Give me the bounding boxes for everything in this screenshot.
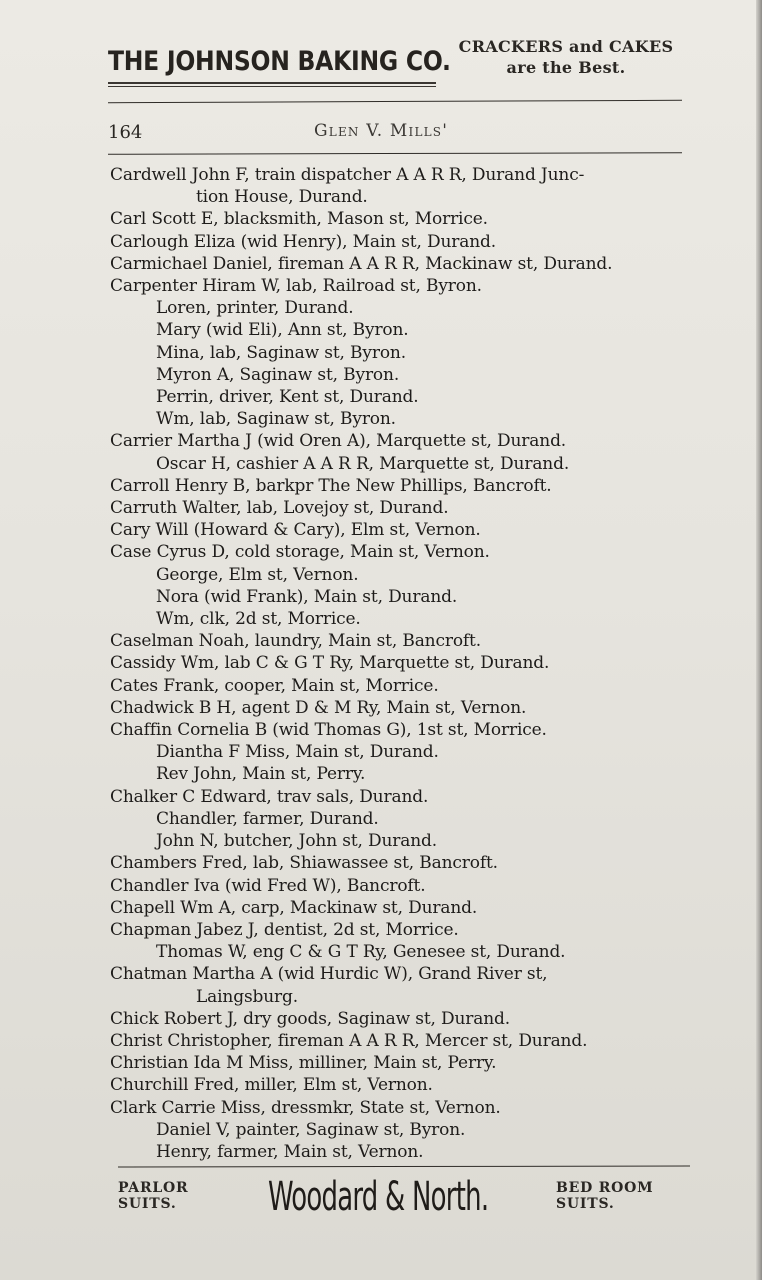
header-rule-top (108, 100, 682, 104)
directory-entry: Chandler Iva (wid Fred W), Bancroft. (110, 875, 710, 897)
entry-text: Wm, clk, 2d st, Morrice. (156, 609, 361, 629)
entry-text: Chapman Jabez J, dentist, 2d st, Morrice… (110, 920, 459, 940)
directory-entry: Chapell Wm A, carp, Mackinaw st, Durand. (110, 897, 710, 919)
entry-text: Cardwell John F, train dispatcher A A R … (110, 165, 584, 185)
entry-text: Cary Will (Howard & Cary), Elm st, Verno… (110, 520, 481, 540)
ad-slogan-line-2: are the Best. (446, 57, 686, 78)
directory-sub-entry: John N, butcher, John st, Durand. (110, 830, 710, 852)
entry-text: Chadwick B H, agent D & M Ry, Main st, V… (110, 698, 526, 718)
directory-entry: Carl Scott E, blacksmith, Mason st, Morr… (110, 208, 710, 230)
entry-text: Chandler, farmer, Durand. (156, 809, 379, 829)
directory-sub-entry: George, Elm st, Vernon. (110, 564, 710, 586)
entry-text: Chapell Wm A, carp, Mackinaw st, Durand. (110, 898, 477, 918)
ad-brand-johnson-baking: THE JOHNSON BAKING CO. (108, 46, 451, 77)
directory-sub-entry: Daniel V, painter, Saginaw st, Byron. (110, 1119, 710, 1141)
directory-entry: Carlough Eliza (wid Henry), Main st, Dur… (110, 231, 710, 253)
entry-text: Nora (wid Frank), Main st, Durand. (156, 587, 457, 607)
footer-rule (118, 1166, 690, 1168)
directory-entry: Clark Carrie Miss, dressmkr, State st, V… (110, 1097, 710, 1119)
entry-text: Perrin, driver, Kent st, Durand. (156, 387, 419, 407)
directory-entry: Cates Frank, cooper, Main st, Morrice. (110, 675, 710, 697)
directory-entry: Churchill Fred, miller, Elm st, Vernon. (110, 1074, 710, 1096)
directory-sub-entry: Henry, farmer, Main st, Vernon. (110, 1141, 710, 1163)
entry-text: Chandler Iva (wid Fred W), Bancroft. (110, 876, 425, 896)
ad-parlor-suits: PARLOR SUITS. (118, 1180, 188, 1212)
directory-entry: Chapman Jabez J, dentist, 2d st, Morrice… (110, 919, 710, 941)
directory-entry: Cary Will (Howard & Cary), Elm st, Verno… (110, 519, 710, 541)
header-rule-bottom (108, 152, 682, 155)
entry-text: Diantha F Miss, Main st, Durand. (156, 742, 439, 762)
directory-entry: Chaffin Cornelia B (wid Thomas G), 1st s… (110, 719, 710, 741)
page-edge (756, 0, 762, 1280)
directory-entries: Cardwell John F, train dispatcher A A R … (110, 164, 710, 1163)
directory-sub-entry: Loren, printer, Durand. (110, 297, 710, 319)
entry-text: Oscar H, cashier A A R R, Marquette st, … (156, 454, 569, 474)
directory-entry: Caselman Noah, laundry, Main st, Bancrof… (110, 630, 710, 652)
entry-text: Thomas W, eng C & G T Ry, Genesee st, Du… (156, 942, 565, 962)
entry-text: Wm, lab, Saginaw st, Byron. (156, 409, 396, 429)
running-head: 164 Glen V. Mills' (108, 118, 688, 146)
directory-sub-entry: Mary (wid Eli), Ann st, Byron. (110, 319, 710, 341)
entry-text: Chambers Fred, lab, Shiawassee st, Bancr… (110, 853, 498, 873)
page-number: 164 (108, 122, 142, 143)
entry-text: Chatman Martha A (wid Hurdic W), Grand R… (110, 964, 547, 984)
directory-sub-entry: Perrin, driver, Kent st, Durand. (110, 386, 710, 408)
ad-brand-underline (108, 82, 436, 87)
directory-entry: Chadwick B H, agent D & M Ry, Main st, V… (110, 697, 710, 719)
directory-sub-entry: Thomas W, eng C & G T Ry, Genesee st, Du… (110, 941, 710, 963)
entry-text: Daniel V, painter, Saginaw st, Byron. (156, 1120, 465, 1140)
entry-text: Christian Ida M Miss, milliner, Main st,… (110, 1053, 496, 1073)
directory-sub-entry: Diantha F Miss, Main st, Durand. (110, 741, 710, 763)
directory-entry: Chatman Martha A (wid Hurdic W), Grand R… (110, 963, 710, 1007)
directory-sub-entry: Mina, lab, Saginaw st, Byron. (110, 342, 710, 364)
entry-text: Clark Carrie Miss, dressmkr, State st, V… (110, 1098, 501, 1118)
directory-sub-entry: Nora (wid Frank), Main st, Durand. (110, 586, 710, 608)
directory-sub-entry: Chandler, farmer, Durand. (110, 808, 710, 830)
entry-text: Carlough Eliza (wid Henry), Main st, Dur… (110, 232, 496, 252)
directory-sub-entry: Rev John, Main st, Perry. (110, 763, 710, 785)
directory-entry: Carpenter Hiram W, lab, Railroad st, Byr… (110, 275, 710, 297)
ad-right-line-1: BED ROOM (556, 1180, 653, 1196)
directory-entry: Cardwell John F, train dispatcher A A R … (110, 164, 710, 208)
entry-text: Carroll Henry B, barkpr The New Phillips… (110, 476, 552, 496)
directory-entry: Carmichael Daniel, fireman A A R R, Mack… (110, 253, 710, 275)
directory-sub-entry: Wm, lab, Saginaw st, Byron. (110, 408, 710, 430)
entry-text: Cassidy Wm, lab C & G T Ry, Marquette st… (110, 653, 549, 673)
entry-text: Churchill Fred, miller, Elm st, Vernon. (110, 1075, 433, 1095)
directory-entry: Carrier Martha J (wid Oren A), Marquette… (110, 430, 710, 452)
entry-continuation: Laingsburg. (110, 986, 710, 1008)
entry-text: Case Cyrus D, cold storage, Main st, Ver… (110, 542, 490, 562)
directory-entry: Christian Ida M Miss, milliner, Main st,… (110, 1052, 710, 1074)
entry-text: George, Elm st, Vernon. (156, 565, 358, 585)
ad-slogan-line-1: CRACKERS and CAKES (446, 36, 686, 57)
ad-right-line-2: SUITS. (556, 1196, 653, 1212)
entry-text: John N, butcher, John st, Durand. (156, 831, 437, 851)
entry-text: Cates Frank, cooper, Main st, Morrice. (110, 676, 439, 696)
entry-continuation: tion House, Durand. (110, 186, 710, 208)
ad-left-line-1: PARLOR (118, 1180, 188, 1196)
entry-text: Caselman Noah, laundry, Main st, Bancrof… (110, 631, 481, 651)
entry-text: Carrier Martha J (wid Oren A), Marquette… (110, 431, 566, 451)
directory-entry: Carroll Henry B, barkpr The New Phillips… (110, 475, 710, 497)
directory-entry: Chick Robert J, dry goods, Saginaw st, D… (110, 1008, 710, 1030)
directory-entry: Christ Christopher, fireman A A R R, Mer… (110, 1030, 710, 1052)
header-advertisement: THE JOHNSON BAKING CO. CRACKERS and CAKE… (108, 34, 688, 94)
ad-brand-woodard-north: Woodard & North. (268, 1174, 488, 1220)
entry-text: Henry, farmer, Main st, Vernon. (156, 1142, 423, 1162)
entry-text: Myron A, Saginaw st, Byron. (156, 365, 399, 385)
directory-entry: Chambers Fred, lab, Shiawassee st, Bancr… (110, 852, 710, 874)
entry-text: Chaffin Cornelia B (wid Thomas G), 1st s… (110, 720, 547, 740)
directory-sub-entry: Oscar H, cashier A A R R, Marquette st, … (110, 453, 710, 475)
ad-left-line-2: SUITS. (118, 1196, 188, 1212)
entry-text: Mina, lab, Saginaw st, Byron. (156, 343, 406, 363)
directory-sub-entry: Wm, clk, 2d st, Morrice. (110, 608, 710, 630)
entry-text: Carmichael Daniel, fireman A A R R, Mack… (110, 254, 612, 274)
ad-slogan: CRACKERS and CAKES are the Best. (446, 36, 686, 78)
entry-text: Loren, printer, Durand. (156, 298, 353, 318)
entry-text: Rev John, Main st, Perry. (156, 764, 365, 784)
entry-text: Carruth Walter, lab, Lovejoy st, Durand. (110, 498, 448, 518)
entry-text: Carpenter Hiram W, lab, Railroad st, Byr… (110, 276, 482, 296)
entry-text: Mary (wid Eli), Ann st, Byron. (156, 320, 409, 340)
directory-entry: Carruth Walter, lab, Lovejoy st, Durand. (110, 497, 710, 519)
footer-advertisement: PARLOR SUITS. Woodard & North. BED ROOM … (118, 1176, 698, 1236)
entry-text: Chick Robert J, dry goods, Saginaw st, D… (110, 1009, 510, 1029)
directory-entry: Case Cyrus D, cold storage, Main st, Ver… (110, 541, 710, 563)
directory-entry: Cassidy Wm, lab C & G T Ry, Marquette st… (110, 652, 710, 674)
entry-text: Chalker C Edward, trav sals, Durand. (110, 787, 428, 807)
ad-bedroom-suits: BED ROOM SUITS. (556, 1180, 653, 1212)
book-title: Glen V. Mills' (314, 121, 448, 141)
directory-entry: Chalker C Edward, trav sals, Durand. (110, 786, 710, 808)
entry-text: Christ Christopher, fireman A A R R, Mer… (110, 1031, 587, 1051)
entry-text: Carl Scott E, blacksmith, Mason st, Morr… (110, 209, 488, 229)
directory-sub-entry: Myron A, Saginaw st, Byron. (110, 364, 710, 386)
